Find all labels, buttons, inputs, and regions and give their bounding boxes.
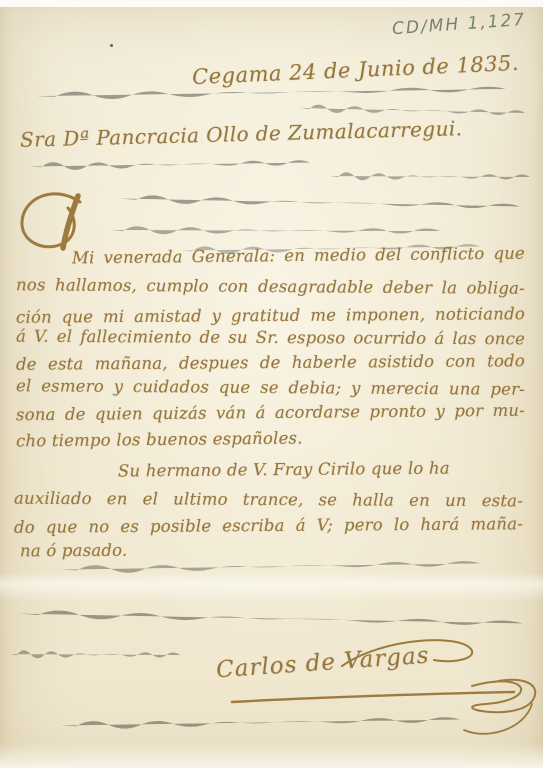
body-line: el esmero y cuidados que se debia; y mer… (16, 376, 525, 404)
body-line: Mi venerada Generala: en medio del confl… (72, 244, 525, 273)
body-line: na ó pasado. (20, 541, 128, 561)
body-line: á V. el fallecimiento de su Sr. esposo o… (16, 327, 525, 354)
opening-flourish-mark (18, 192, 88, 254)
scanned-letter: CD/MH 1,127 Cegama 24 de Junio de 1835. … (0, 0, 543, 768)
body-line: Su hermano de V. Fray Cirilo que lo ha (118, 459, 450, 481)
body-line: do que no es posible escriba á V; pero l… (14, 514, 523, 542)
body-line: sona de quien quizás ván á acordarse pro… (16, 401, 525, 429)
body-line: auxiliado en el ultimo trance, se halla … (14, 489, 523, 516)
signature-rubric-flourish (224, 634, 542, 746)
body-line: de esta mañana, despues de haberle asist… (16, 351, 525, 379)
paper-speck (110, 44, 113, 47)
body-line: nos hallamos, cumplo con desagradable de… (16, 275, 525, 303)
body-line: cho tiempo los buenos españoles. (16, 428, 303, 450)
